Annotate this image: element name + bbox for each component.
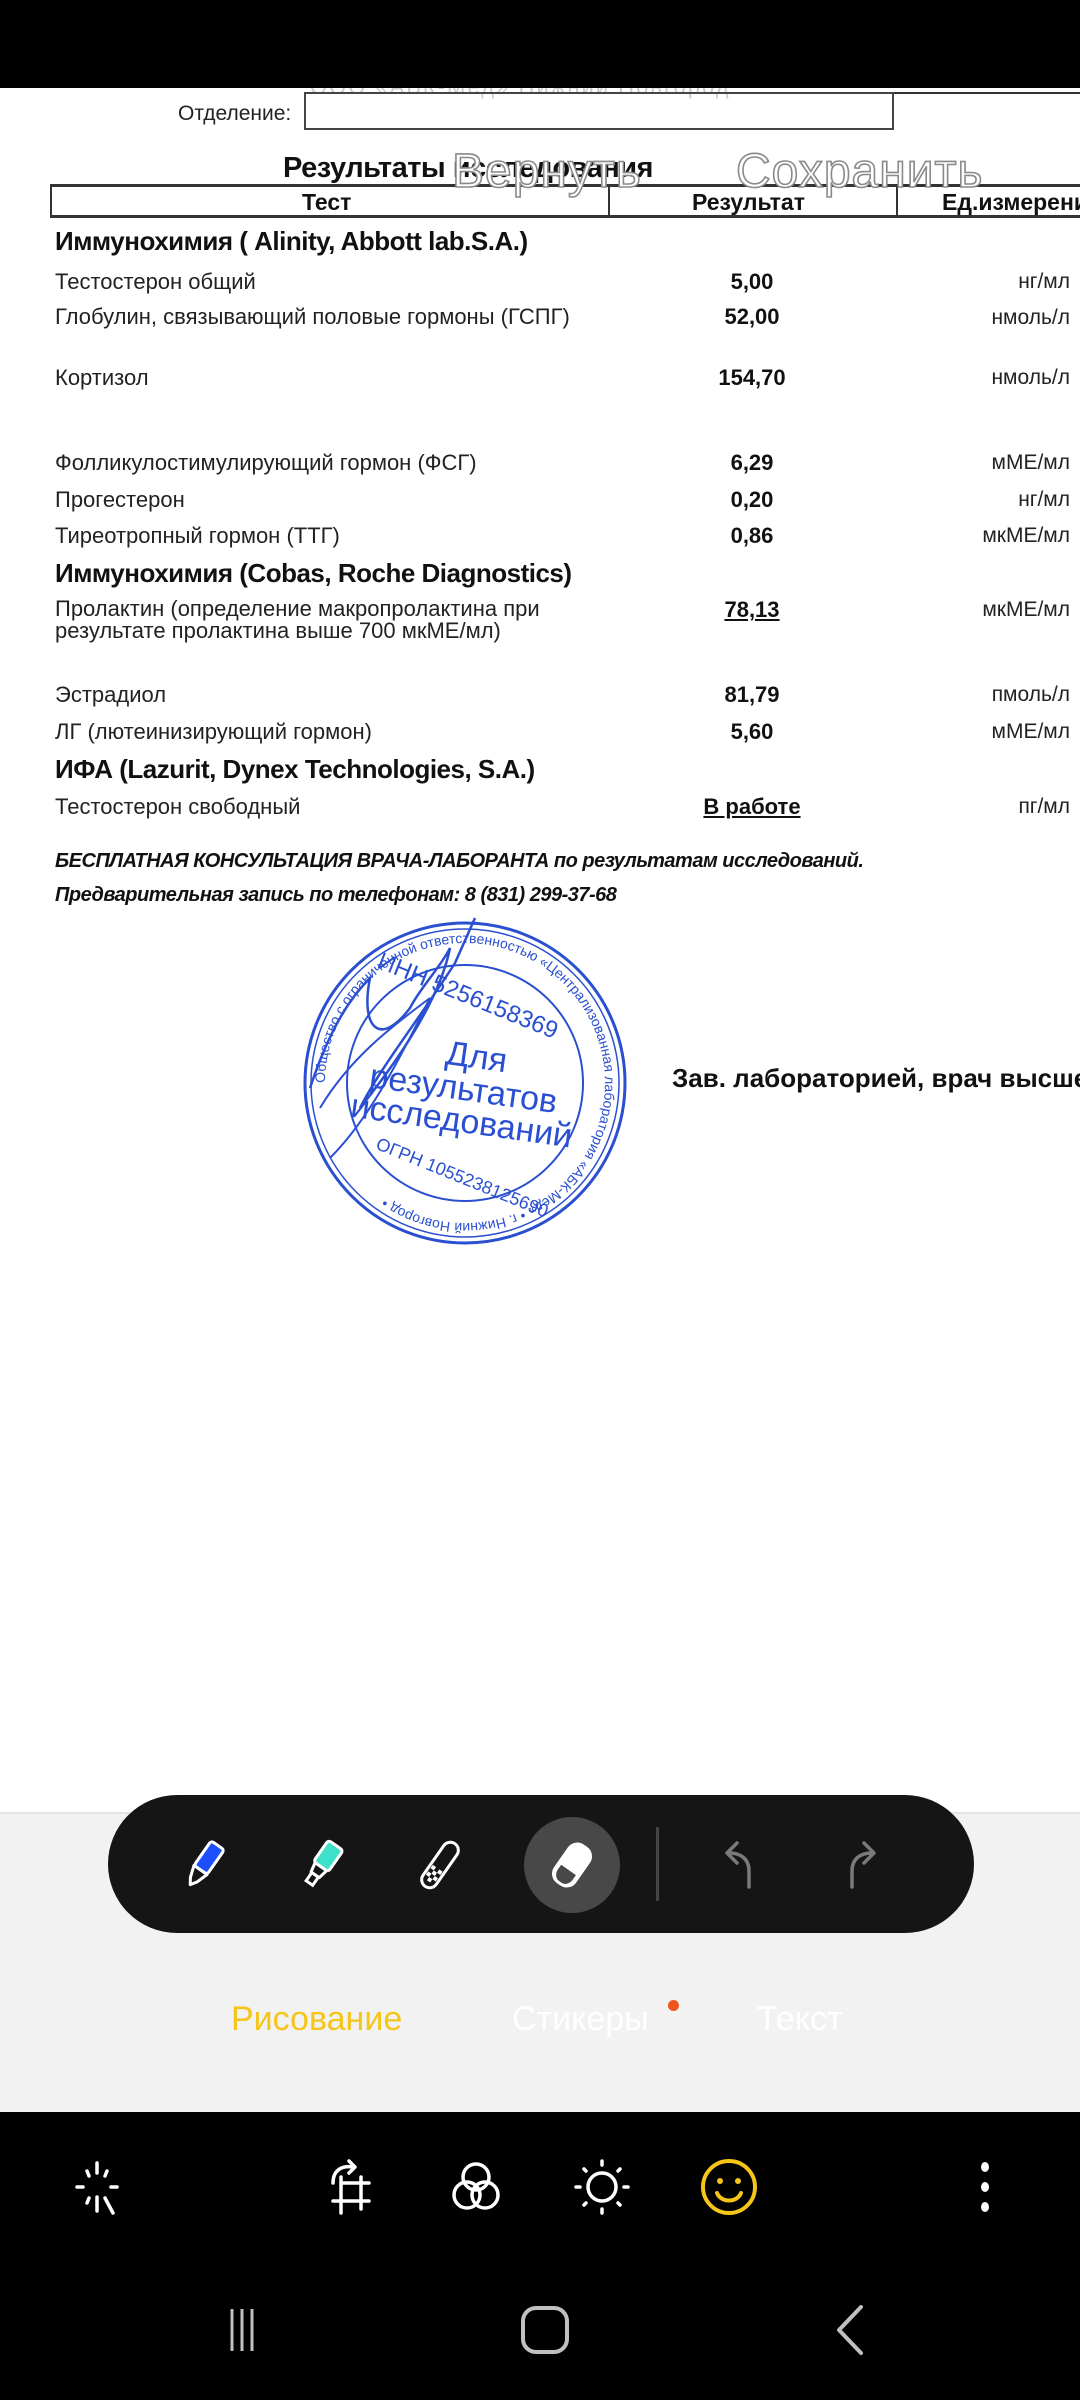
back-button[interactable] [800,2290,900,2370]
test-result: В работе [682,794,822,820]
test-unit: мМЕ/мл [910,720,1070,744]
smiley-icon [697,2155,761,2219]
test-result: 78,13 [682,597,822,623]
tab-text[interactable]: Текст [757,2000,843,2039]
mosaic-tool[interactable] [392,1817,488,1913]
auto-enhance-button[interactable] [62,2152,132,2222]
stickers-new-badge [668,2000,679,2011]
revert-button[interactable]: Вернуть [452,144,642,199]
highlighter-tool[interactable] [274,1817,370,1913]
test-unit: мкМЕ/мл [910,524,1070,548]
save-button[interactable]: Сохранить [736,144,984,199]
test-name: Эстрадиол [55,682,166,708]
status-bar [0,0,1080,88]
undo-icon [711,1835,771,1895]
crop-rotate-button[interactable] [316,2152,386,2222]
home-icon [520,2305,570,2355]
test-unit: мМЕ/мл [910,451,1070,475]
test-name: Фолликулостимулирующий гормон (ФСГ) [55,450,477,476]
undo-button[interactable] [693,1817,789,1913]
back-icon [825,2305,875,2355]
filters-icon [446,2157,506,2217]
redo-icon [830,1835,890,1895]
system-navigation-bar [0,2260,1080,2400]
test-name: Тестостерон общий [55,269,256,295]
pen-icon [174,1835,234,1895]
recent-apps-button[interactable] [192,2290,292,2370]
test-unit: пг/мл [910,795,1070,819]
test-name: Прогестерон [55,487,185,513]
test-unit: мкМЕ/мл [910,598,1070,622]
toolbar-divider [656,1827,659,1901]
test-unit: пмоль/л [910,683,1070,707]
test-result: 5,00 [682,269,822,295]
signature-caption: Зав. лабораторией, врач высшей [672,1063,1080,1094]
tab-stickers[interactable]: Стикеры [512,2000,649,2039]
test-name: Кортизол [55,365,149,391]
mode-tabs: Рисование Стикеры Текст [0,2000,1080,2060]
home-button[interactable] [495,2290,595,2370]
test-name: Пролактин (определение макропролактина п… [55,598,595,642]
eraser-icon [542,1835,602,1895]
document-canvas[interactable]: ООО «АБК-Мед» Нижний Новгород Отделение:… [0,88,1080,1812]
magic-wand-icon [67,2157,127,2217]
test-unit: нг/мл [910,488,1070,512]
eraser-tool[interactable] [524,1817,620,1913]
brightness-icon [572,2157,632,2217]
appointment-phone-note: Предварительная запись по телефонам: 8 (… [55,884,616,907]
test-result: 52,00 [682,304,822,330]
lab-stamp: Общество с ограниченной ответственностью… [290,908,640,1258]
filters-button[interactable] [441,2152,511,2222]
section-heading: Иммунохимия (Cobas, Roche Diagnostics) [55,558,572,589]
editor-bottom-toolbar [0,2112,1080,2260]
test-name: Глобулин, связывающий половые гормоны (Г… [55,306,595,328]
test-name: Тиреотропный гормон (ТТГ) [55,523,340,549]
adjust-tone-button[interactable] [567,2152,637,2222]
test-result: 154,70 [682,365,822,391]
tab-drawing[interactable]: Рисование [231,2000,402,2039]
pen-tool[interactable] [156,1817,252,1913]
test-result: 0,86 [682,523,822,549]
test-unit: нг/мл [910,270,1070,294]
column-header-test: Тест [302,189,351,216]
decorations-button[interactable] [694,2152,764,2222]
test-unit: нмоль/л [910,306,1070,330]
consultation-note: БЕСПЛАТНАЯ КОНСУЛЬТАЦИЯ ВРАЧА-ЛАБОРАНТА … [55,850,863,873]
highlighter-icon [292,1835,352,1895]
test-name: ЛГ (лютеинизирующий гормон) [55,719,372,745]
redo-button[interactable] [812,1817,908,1913]
department-field [304,92,894,130]
more-options-button[interactable] [950,2152,1020,2222]
department-label: Отделение: [178,102,291,126]
section-heading: ИФА (Lazurit, Dynex Technologies, S.A.) [55,754,535,785]
test-result: 5,60 [682,719,822,745]
test-name: Тестостерон свободный [55,794,300,820]
test-result: 6,29 [682,450,822,476]
crop-rotate-icon [321,2157,381,2217]
test-result: 81,79 [682,682,822,708]
section-heading: Иммунохимия ( Alinity, Abbott lab.S.A.) [55,226,528,257]
more-vertical-icon [970,2157,1000,2217]
mosaic-pen-icon [410,1835,470,1895]
drawing-toolbar [108,1795,974,1933]
recent-apps-icon [217,2305,267,2355]
test-unit: нмоль/л [910,366,1070,390]
test-result: 0,20 [682,487,822,513]
